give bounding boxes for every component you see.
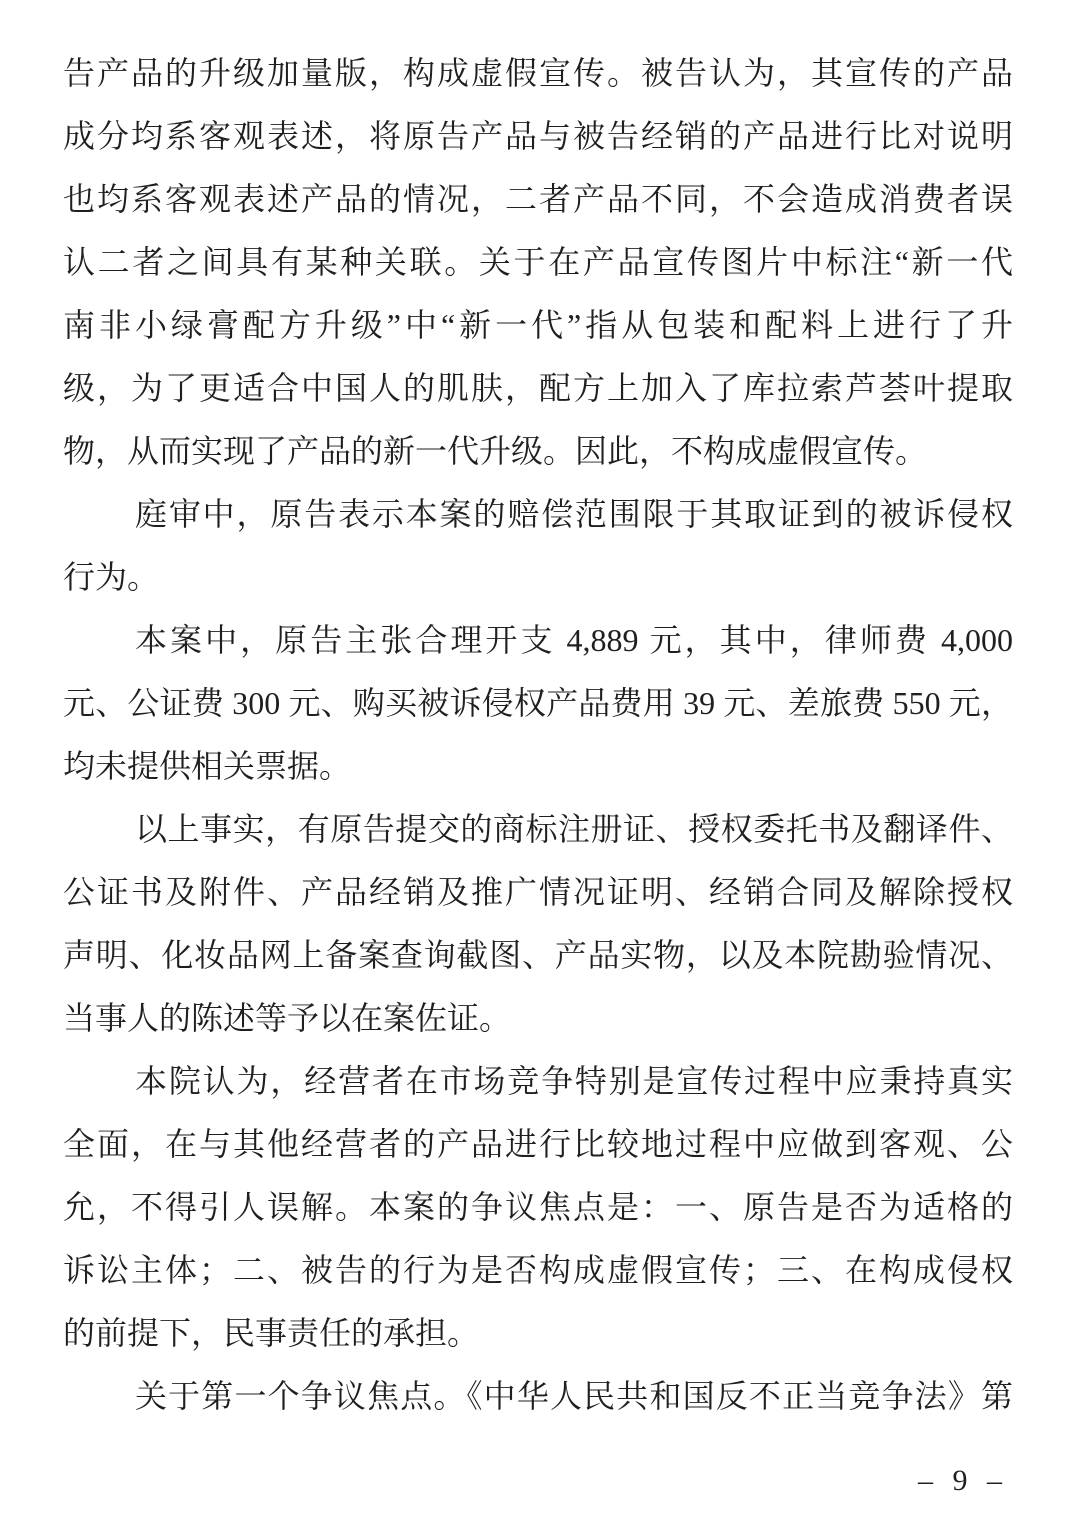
text-line: 南非小绿膏配方升级”中“新一代”指从包装和配料上进行了升 — [63, 294, 1013, 357]
text-line: 行为。 — [63, 546, 1013, 609]
text-line: 允，不得引人误解。本案的争议焦点是：一、原告是否为适格的 — [63, 1176, 1013, 1239]
text-line: 元、公证费 300 元、购买被诉侵权产品费用 39 元、差旅费 550 元， — [63, 672, 1013, 735]
text-line: 告产品的升级加量版，构成虚假宣传。被告认为，其宣传的产品 — [63, 42, 1013, 105]
text-line: 关于第一个争议焦点。《中华人民共和国反不正当竞争法》第 — [63, 1365, 1013, 1428]
text-line: 认二者之间具有某种关联。关于在产品宣传图片中标注“新一代 — [63, 231, 1013, 294]
text-line: 当事人的陈述等予以在案佐证。 — [63, 987, 1013, 1050]
text-line: 均未提供相关票据。 — [63, 735, 1013, 798]
text-line: 本院认为，经营者在市场竞争特别是宣传过程中应秉持真实 — [63, 1050, 1013, 1113]
text-line: 全面，在与其他经营者的产品进行比较地过程中应做到客观、公 — [63, 1113, 1013, 1176]
document-body: 告产品的升级加量版，构成虚假宣传。被告认为，其宣传的产品成分均系客观表述，将原告… — [63, 42, 1013, 1428]
text-line: 级，为了更适合中国人的肌肤，配方上加入了库拉索芦荟叶提取 — [63, 357, 1013, 420]
text-line: 成分均系客观表述，将原告产品与被告经销的产品进行比对说明 — [63, 105, 1013, 168]
page-number: – 9 – — [918, 1464, 1008, 1498]
text-line: 公证书及附件、产品经销及推广情况证明、经销合同及解除授权 — [63, 861, 1013, 924]
text-line: 的前提下，民事责任的承担。 — [63, 1302, 1013, 1365]
text-line: 声明、化妆品网上备案查询截图、产品实物，以及本院勘验情况、 — [63, 924, 1013, 987]
text-line: 诉讼主体；二、被告的行为是否构成虚假宣传；三、在构成侵权 — [63, 1239, 1013, 1302]
text-line: 以上事实，有原告提交的商标注册证、授权委托书及翻译件、 — [63, 798, 1013, 861]
document-page: 告产品的升级加量版，构成虚假宣传。被告认为，其宣传的产品成分均系客观表述，将原告… — [0, 0, 1074, 1519]
text-line: 也均系客观表述产品的情况，二者产品不同，不会造成消费者误 — [63, 168, 1013, 231]
text-line: 庭审中，原告表示本案的赔偿范围限于其取证到的被诉侵权 — [63, 483, 1013, 546]
text-line: 本案中，原告主张合理开支 4,889 元，其中，律师费 4,000 — [63, 609, 1013, 672]
text-line: 物，从而实现了产品的新一代升级。因此，不构成虚假宣传。 — [63, 420, 1013, 483]
